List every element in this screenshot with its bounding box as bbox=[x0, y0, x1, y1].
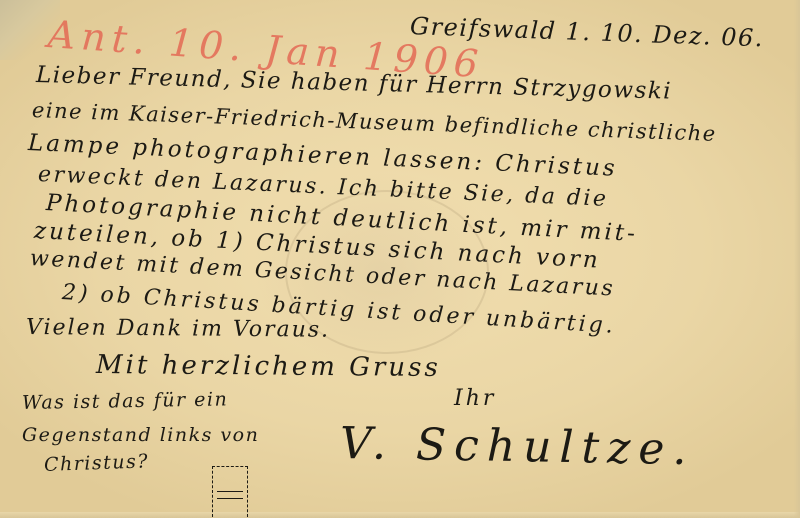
closing-greeting: Mit herzlichem Gruss bbox=[96, 350, 441, 383]
side-note-line-3: Christus? bbox=[44, 450, 150, 476]
card-edge-bottom bbox=[0, 512, 800, 518]
signature: V. Schultze. bbox=[340, 418, 695, 475]
closing-yours: Ihr bbox=[454, 386, 496, 411]
side-note-line-1: Was ist das für ein bbox=[22, 388, 229, 414]
object-sketch bbox=[212, 466, 248, 517]
side-note-line-2: Gegenstand links von bbox=[22, 424, 259, 446]
card-edge-right bbox=[794, 0, 800, 518]
body-line-9: Vielen Dank im Voraus. bbox=[26, 315, 330, 343]
postcard: Ant. 10. Jan 1906 Greifswald 1. 10. Dez.… bbox=[0, 0, 800, 518]
